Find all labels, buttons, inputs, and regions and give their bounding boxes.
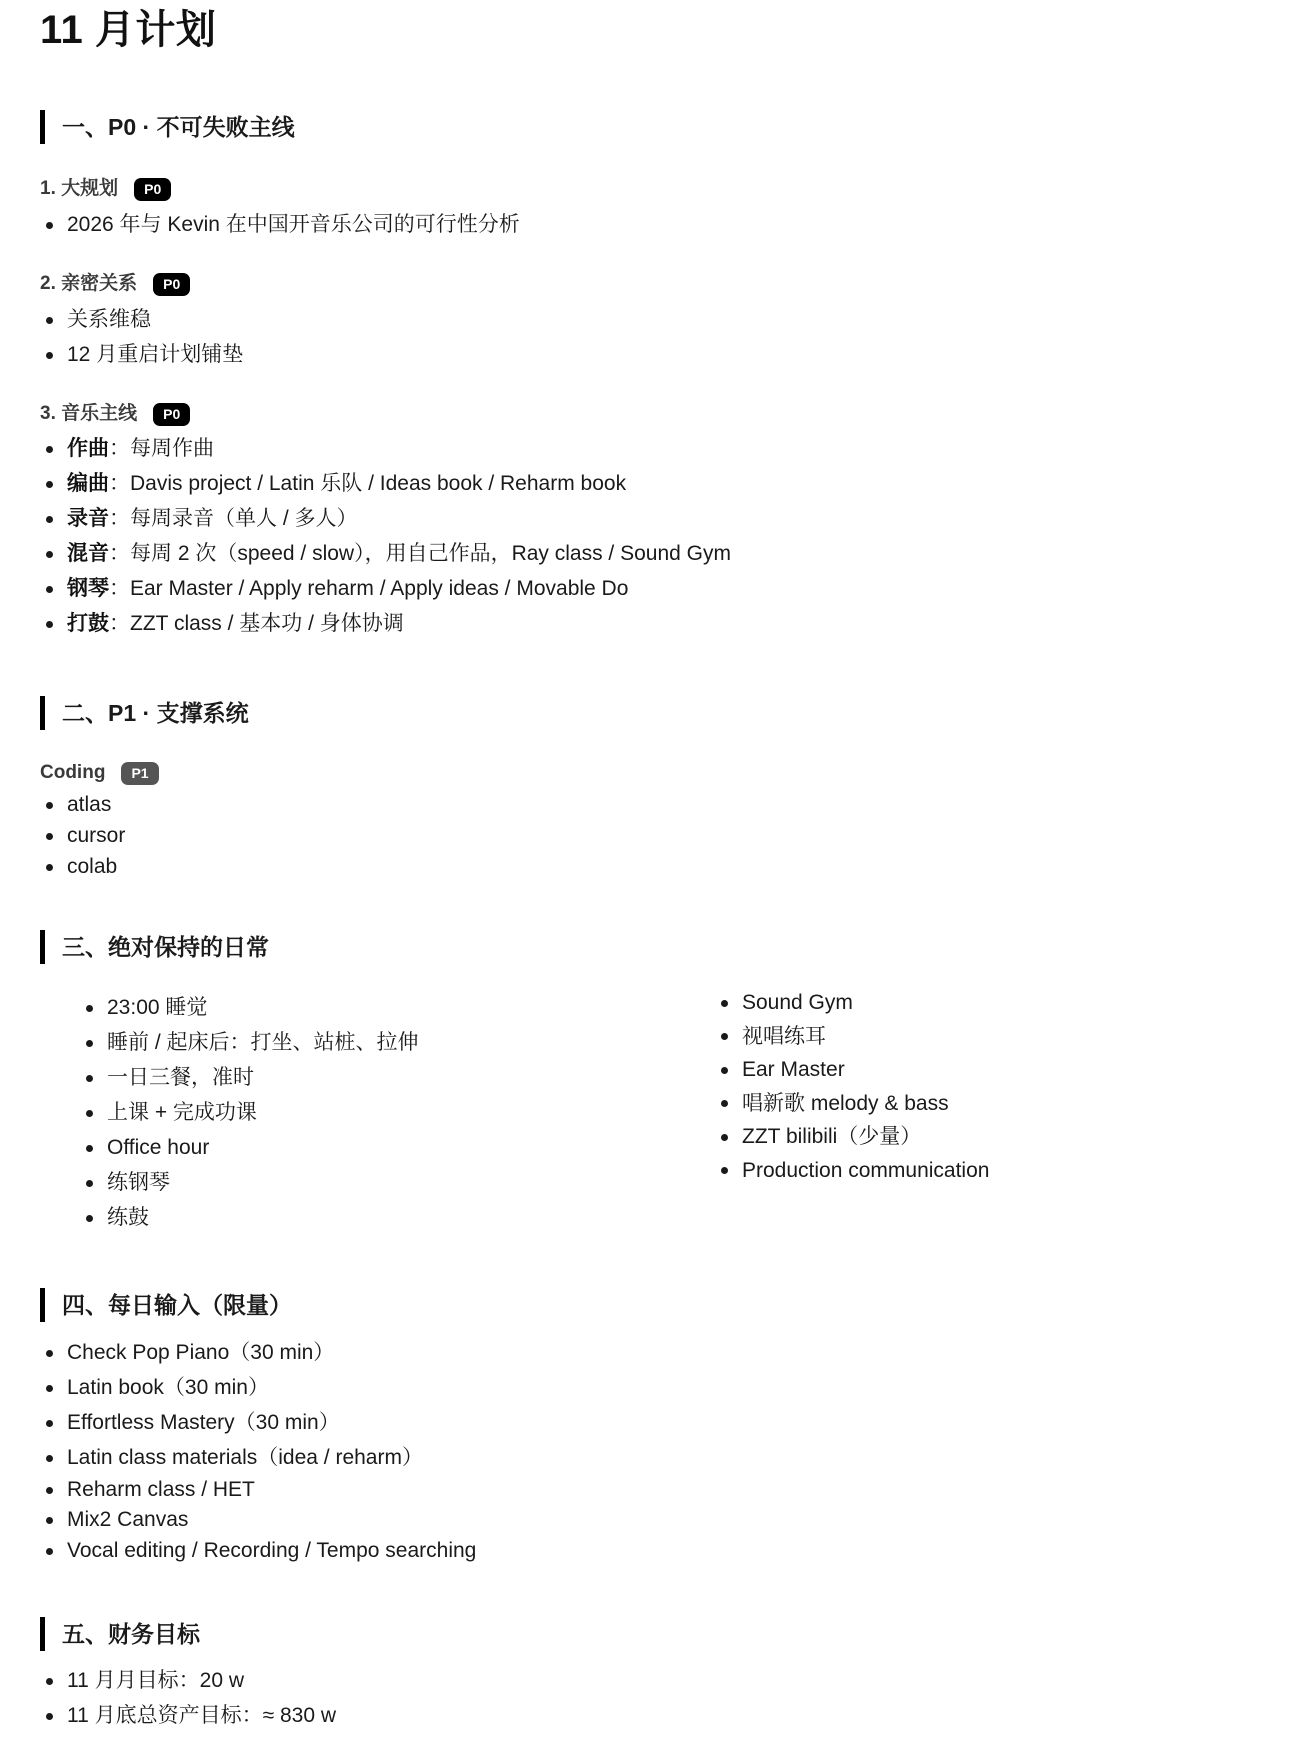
- item-value: 每周录音（单人 / 多人）: [130, 507, 358, 530]
- section-title: 四、每日输入（限量）: [62, 1288, 292, 1322]
- list-item: Mix2 Canvas: [40, 1505, 1262, 1535]
- priority-badge: P0: [153, 403, 190, 426]
- item-sep: ：: [109, 577, 130, 600]
- section-p1: 二、P1 · 支撑系统: [40, 696, 1262, 730]
- bullet-list: atlas cursor colab: [40, 789, 1262, 882]
- group-title: 2. 亲密关系: [40, 270, 137, 298]
- list-item: 钢琴：Ear Master / Apply reharm / Apply ide…: [40, 571, 1262, 606]
- priority-badge: P0: [153, 273, 190, 296]
- list-item: 2026 年与 Kevin 在中国开音乐公司的可行性分析: [40, 207, 1262, 242]
- section-heading: 二、P1 · 支撑系统: [40, 696, 1262, 730]
- bullet-list: 11 月月目标：20 w 11 月底总资产目标：≈ 830 w: [40, 1663, 1262, 1733]
- bullet-list-right: Sound Gym 视唱练耳 Ear Master 唱新歌 melody & b…: [715, 986, 989, 1187]
- item-sep: ：: [109, 437, 130, 460]
- item-key: 钢琴: [67, 577, 109, 600]
- section-bar-icon: [40, 1617, 45, 1651]
- list-item: 唱新歌 melody & bass: [715, 1087, 989, 1121]
- list-item: Vocal editing / Recording / Tempo search…: [40, 1535, 1262, 1566]
- group-heading: 3. 音乐主线 P0: [40, 400, 1262, 428]
- section-heading: 五、财务目标: [40, 1617, 1262, 1651]
- item-key: 作曲: [67, 437, 109, 460]
- section-bar-icon: [40, 1288, 45, 1322]
- section-p0: 一、P0 · 不可失败主线: [40, 110, 1262, 144]
- bullet-list: 作曲：每周作曲 编曲：Davis project / Latin 乐队 / Id…: [40, 431, 1262, 641]
- bullet-list: 关系维稳 12 月重启计划铺垫: [40, 302, 1262, 372]
- group-relationship: 2. 亲密关系 P0 关系维稳 12 月重启计划铺垫: [40, 270, 1262, 372]
- item-value: ZZT class / 基本功 / 身体协调: [130, 612, 404, 635]
- list-item: ZZT bilibili（少量）: [715, 1120, 989, 1154]
- list-item: colab: [40, 851, 1262, 882]
- group-big-plan: 1. 大规划 P0 2026 年与 Kevin 在中国开音乐公司的可行性分析: [40, 175, 1262, 242]
- list-item: atlas: [40, 789, 1262, 820]
- daily-columns: 23:00 睡觉 睡前 / 起床后：打坐、站桩、拉伸 一日三餐，准时 上课 + …: [80, 990, 1302, 1235]
- list-item: 混音：每周 2 次（speed / slow），用自己作品，Ray class …: [40, 536, 1262, 571]
- list-item: 打鼓：ZZT class / 基本功 / 身体协调: [40, 606, 1262, 641]
- list-item: 作曲：每周作曲: [40, 431, 1262, 466]
- section-heading: 一、P0 · 不可失败主线: [40, 110, 1262, 144]
- group-title: 3. 音乐主线: [40, 400, 137, 428]
- item-sep: ：: [109, 542, 130, 565]
- bullet-list: 2026 年与 Kevin 在中国开音乐公司的可行性分析: [40, 207, 1262, 242]
- section-daily-input: 四、每日输入（限量）: [40, 1288, 1262, 1322]
- list-item: 23:00 睡觉: [80, 990, 1302, 1025]
- item-sep: ：: [109, 507, 130, 530]
- item-value: Ear Master / Apply reharm / Apply ideas …: [130, 577, 628, 600]
- item-key: 编曲: [67, 472, 109, 495]
- list-item: Check Pop Piano（30 min）: [40, 1335, 1262, 1370]
- document-page: 11 月计划 一、P0 · 不可失败主线 1. 大规划 P0 2026 年与 K…: [0, 0, 1302, 245]
- priority-badge: P0: [134, 178, 171, 201]
- list-item: 练鼓: [80, 1200, 1302, 1235]
- list-item: 睡前 / 起床后：打坐、站桩、拉伸: [80, 1025, 1302, 1060]
- item-sep: ：: [109, 612, 130, 635]
- item-value: 每周 2 次（speed / slow），用自己作品，Ray class / S…: [130, 542, 731, 565]
- section-title: 五、财务目标: [62, 1617, 200, 1651]
- list-item: 录音：每周录音（单人 / 多人）: [40, 501, 1262, 536]
- item-sep: ：: [109, 472, 130, 495]
- group-heading: Coding P1: [40, 759, 1262, 787]
- item-key: 打鼓: [67, 612, 109, 635]
- list-item: Reharm class / HET: [40, 1475, 1262, 1505]
- item-value: Davis project / Latin 乐队 / Ideas book / …: [130, 472, 626, 495]
- list-item: 11 月底总资产目标：≈ 830 w: [40, 1698, 1262, 1733]
- section-heading: 四、每日输入（限量）: [40, 1288, 1262, 1322]
- list-item: Latin book（30 min）: [40, 1370, 1262, 1405]
- section-title: 二、P1 · 支撑系统: [62, 696, 249, 730]
- section-bar-icon: [40, 930, 45, 964]
- item-value: 每周作曲: [130, 437, 214, 460]
- list-item: 11 月月目标：20 w: [40, 1663, 1262, 1698]
- list-item: 编曲：Davis project / Latin 乐队 / Ideas book…: [40, 466, 1262, 501]
- list-item: 上课 + 完成功课: [80, 1095, 1302, 1130]
- list-item: 关系维稳: [40, 302, 1262, 337]
- daily-input-list: Check Pop Piano（30 min） Latin book（30 mi…: [40, 1335, 1262, 1566]
- section-title: 一、P0 · 不可失败主线: [62, 110, 295, 144]
- list-item: 视唱练耳: [715, 1020, 989, 1054]
- bullet-list: Check Pop Piano（30 min） Latin book（30 mi…: [40, 1335, 1262, 1566]
- bullet-list-left: 23:00 睡觉 睡前 / 起床后：打坐、站桩、拉伸 一日三餐，准时 上课 + …: [80, 990, 1302, 1235]
- list-item: Sound Gym: [715, 986, 989, 1020]
- list-item: Ear Master: [715, 1053, 989, 1087]
- group-title: Coding: [40, 759, 105, 787]
- group-title: 1. 大规划: [40, 175, 118, 203]
- finance-list: 11 月月目标：20 w 11 月底总资产目标：≈ 830 w: [40, 1663, 1262, 1733]
- section-bar-icon: [40, 696, 45, 730]
- section-finance: 五、财务目标: [40, 1617, 1262, 1651]
- list-item: Office hour: [80, 1130, 1302, 1165]
- section-bar-icon: [40, 110, 45, 144]
- priority-badge: P1: [121, 762, 158, 785]
- list-item: 一日三餐，准时: [80, 1060, 1302, 1095]
- list-item: 12 月重启计划铺垫: [40, 337, 1262, 372]
- section-title: 三、绝对保持的日常: [62, 930, 269, 964]
- list-item: Latin class materials（idea / reharm）: [40, 1440, 1262, 1475]
- section-daily: 三、绝对保持的日常: [40, 930, 1262, 964]
- group-music: 3. 音乐主线 P0 作曲：每周作曲 编曲：Davis project / La…: [40, 400, 1262, 641]
- list-item: Production communication: [715, 1154, 989, 1188]
- item-key: 混音: [67, 542, 109, 565]
- list-item: Effortless Mastery（30 min）: [40, 1405, 1262, 1440]
- page-title: 11 月计划: [40, 4, 216, 56]
- item-key: 录音: [67, 507, 109, 530]
- group-heading: 2. 亲密关系 P0: [40, 270, 1262, 298]
- group-coding: Coding P1 atlas cursor colab: [40, 759, 1262, 882]
- list-item: 练钢琴: [80, 1165, 1302, 1200]
- group-heading: 1. 大规划 P0: [40, 175, 1262, 203]
- list-item: cursor: [40, 820, 1262, 851]
- section-heading: 三、绝对保持的日常: [40, 930, 1262, 964]
